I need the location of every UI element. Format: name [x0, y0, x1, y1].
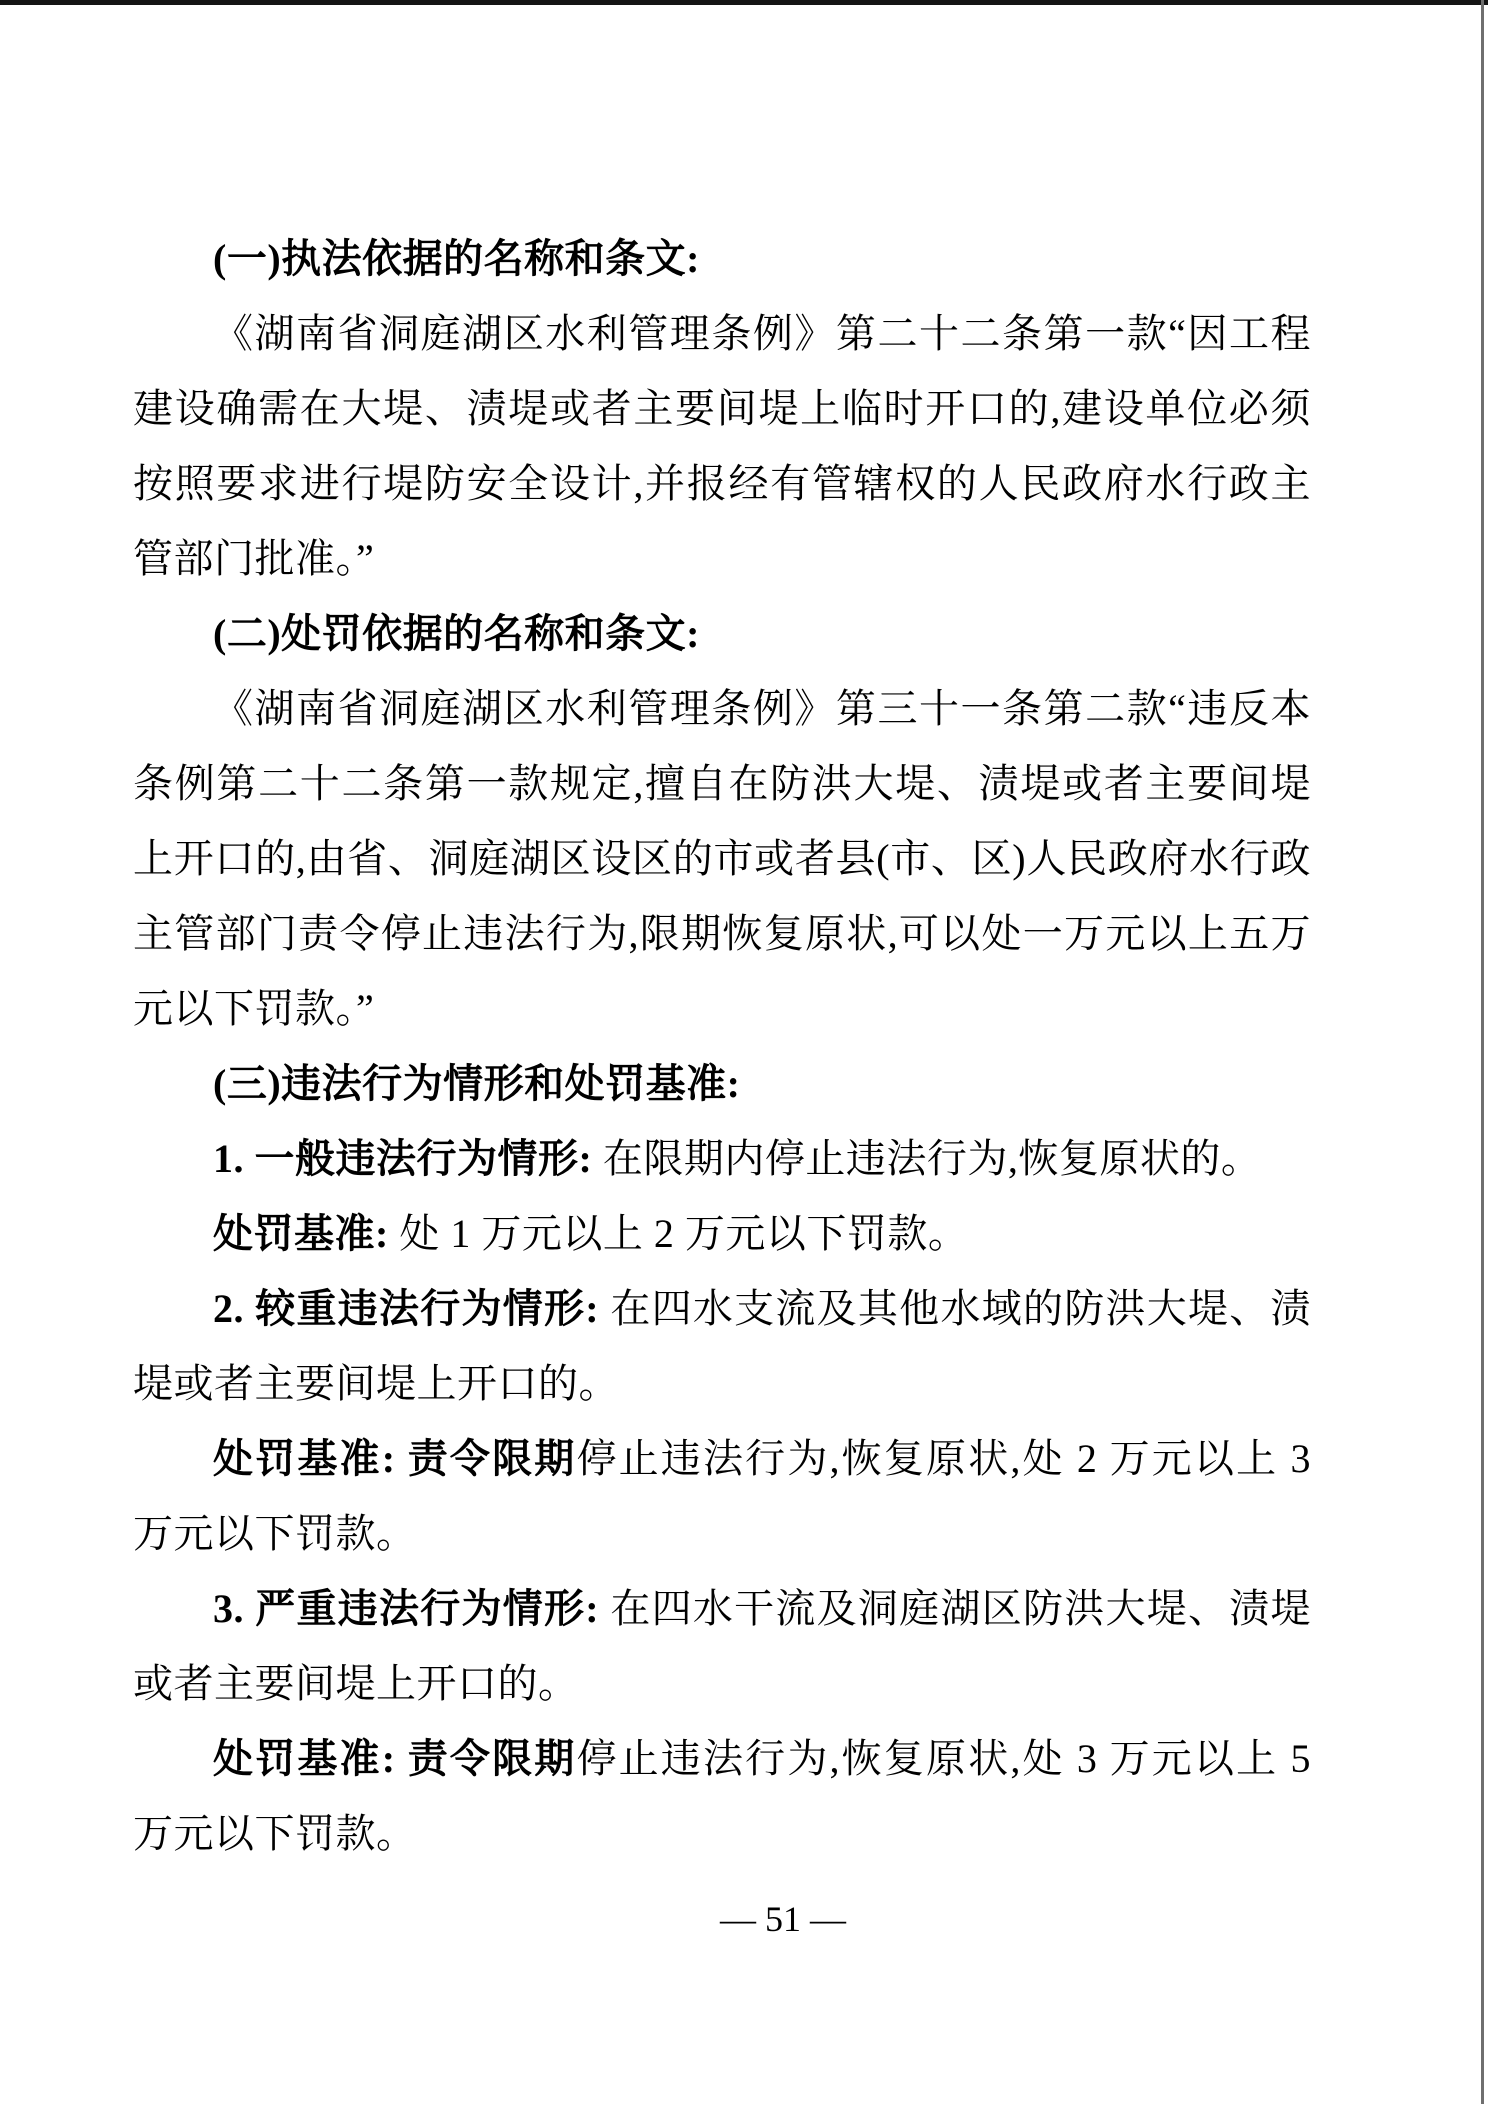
penalty-1-label: 处罚基准:	[213, 1211, 399, 1256]
section-penalty-basis: (二)处罚依据的名称和条文: 《湖南省洞庭湖区水利管理条例》第三十一条第二款“违…	[133, 596, 1311, 1046]
section-violation-benchmarks: (三)违法行为情形和处罚基准: 1. 一般违法行为情形: 在限期内停止违法行为,…	[133, 1046, 1311, 1871]
page-number: — 51 —	[720, 1896, 846, 1942]
page-right-edge	[1481, 0, 1484, 2104]
penalty-item-1: 处罚基准: 处 1 万元以上 2 万元以下罚款。	[133, 1196, 1311, 1271]
section-2-heading: (二)处罚依据的名称和条文:	[133, 596, 1311, 671]
section-3-heading: (三)违法行为情形和处罚基准:	[133, 1046, 1311, 1121]
penalty-item-2: 处罚基准: 责令限期停止违法行为,恢复原状,处 2 万元以上 3 万元以下罚款。	[133, 1421, 1311, 1571]
section-2-paragraph: 《湖南省洞庭湖区水利管理条例》第三十一条第二款“违反本条例第二十二条第一款规定,…	[133, 671, 1311, 1046]
violation-item-3: 3. 严重违法行为情形: 在四水干流及洞庭湖区防洪大堤、渍堤或者主要间堤上开口的…	[133, 1571, 1311, 1721]
violation-1-text: 在限期内停止违法行为,恢复原状的。	[603, 1136, 1262, 1181]
page-top-edge	[0, 0, 1488, 5]
violation-2-label: 2. 较重违法行为情形:	[213, 1286, 610, 1331]
document-page: (一)执法依据的名称和条文: 《湖南省洞庭湖区水利管理条例》第二十二条第一款“因…	[0, 0, 1488, 2104]
violation-3-label: 3. 严重违法行为情形:	[213, 1586, 610, 1631]
penalty-item-3: 处罚基准: 责令限期停止违法行为,恢复原状,处 3 万元以上 5 万元以下罚款。	[133, 1721, 1311, 1871]
document-body: (一)执法依据的名称和条文: 《湖南省洞庭湖区水利管理条例》第二十二条第一款“因…	[133, 221, 1311, 1871]
section-1-heading: (一)执法依据的名称和条文:	[133, 221, 1311, 296]
section-1-paragraph: 《湖南省洞庭湖区水利管理条例》第二十二条第一款“因工程建设确需在大堤、渍堤或者主…	[133, 296, 1311, 596]
violation-item-2: 2. 较重违法行为情形: 在四水支流及其他水域的防洪大堤、渍堤或者主要间堤上开口…	[133, 1271, 1311, 1421]
violation-item-1: 1. 一般违法行为情形: 在限期内停止违法行为,恢复原状的。	[133, 1121, 1311, 1196]
penalty-1-text: 处 1 万元以上 2 万元以下罚款。	[399, 1211, 968, 1256]
violation-1-label: 1. 一般违法行为情形:	[213, 1136, 603, 1181]
section-enforcement-basis: (一)执法依据的名称和条文: 《湖南省洞庭湖区水利管理条例》第二十二条第一款“因…	[133, 221, 1311, 596]
penalty-3-label: 处罚基准: 责令限期	[213, 1736, 576, 1781]
penalty-2-label: 处罚基准: 责令限期	[213, 1436, 576, 1481]
